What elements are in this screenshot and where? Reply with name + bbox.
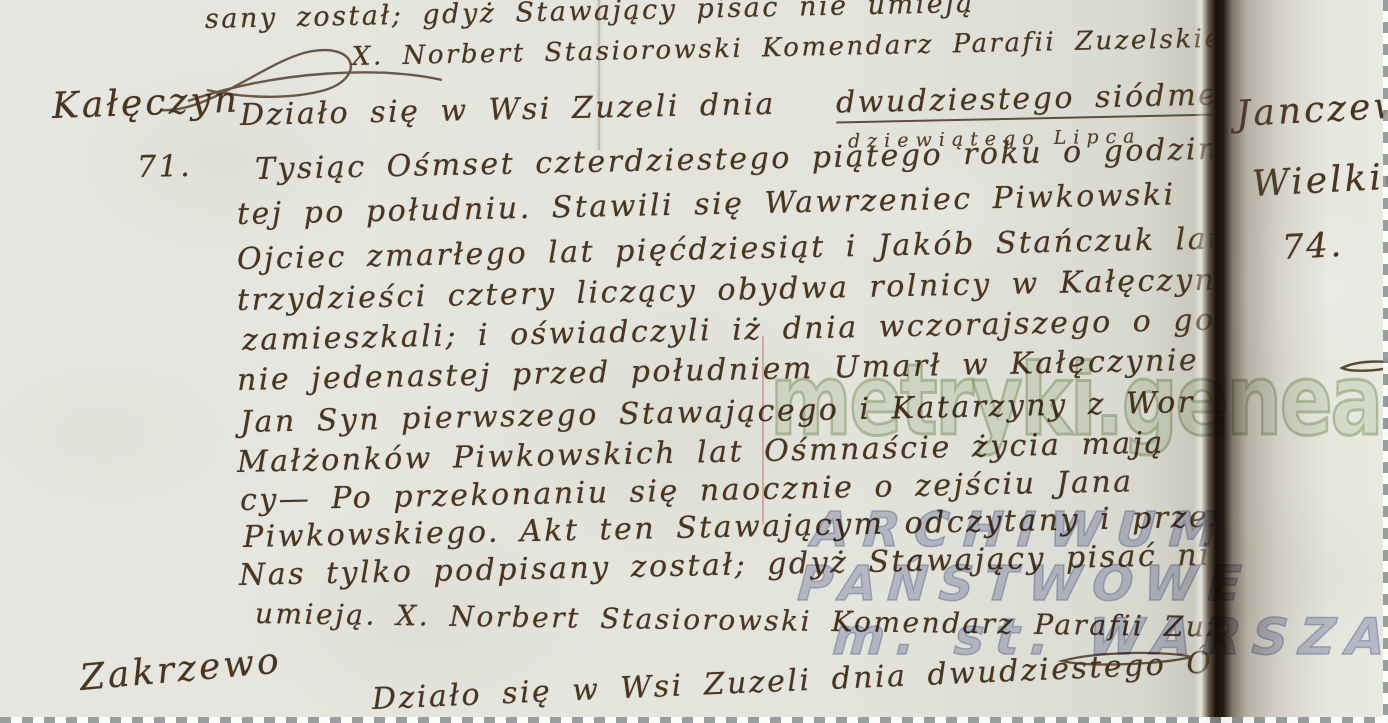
record-line: tej po południu. Stawili się Wawrzeniec … <box>237 177 1176 232</box>
prev-record-line: sany został; gdyż Stawający pisać nie um… <box>205 0 975 35</box>
next-record-margin-place: Zakrzewo <box>78 640 283 698</box>
archive-watermark-line: ARCHIWUM <box>810 502 1233 558</box>
flourish-stroke <box>150 38 450 128</box>
prev-record-signature-line: X. Norbert Stasiorowski Komendarz Parafi… <box>352 24 1212 72</box>
archive-watermark-line: m. st. WARSZAW <box>831 608 1388 666</box>
edge-dash-right <box>1383 0 1388 723</box>
record-line: Tysiąc Ośmset czterdziestego piątego rok… <box>255 130 1212 187</box>
register-page-scan: sany został; gdyż Stawający pisać nie um… <box>0 0 1388 723</box>
edge-dash-bottom <box>0 717 1388 723</box>
genealogy-watermark: metryki.genealod <box>770 344 1388 458</box>
archive-watermark-line: PAŃSTWOWE <box>796 556 1254 612</box>
record-margin-number: 71. <box>137 149 193 185</box>
